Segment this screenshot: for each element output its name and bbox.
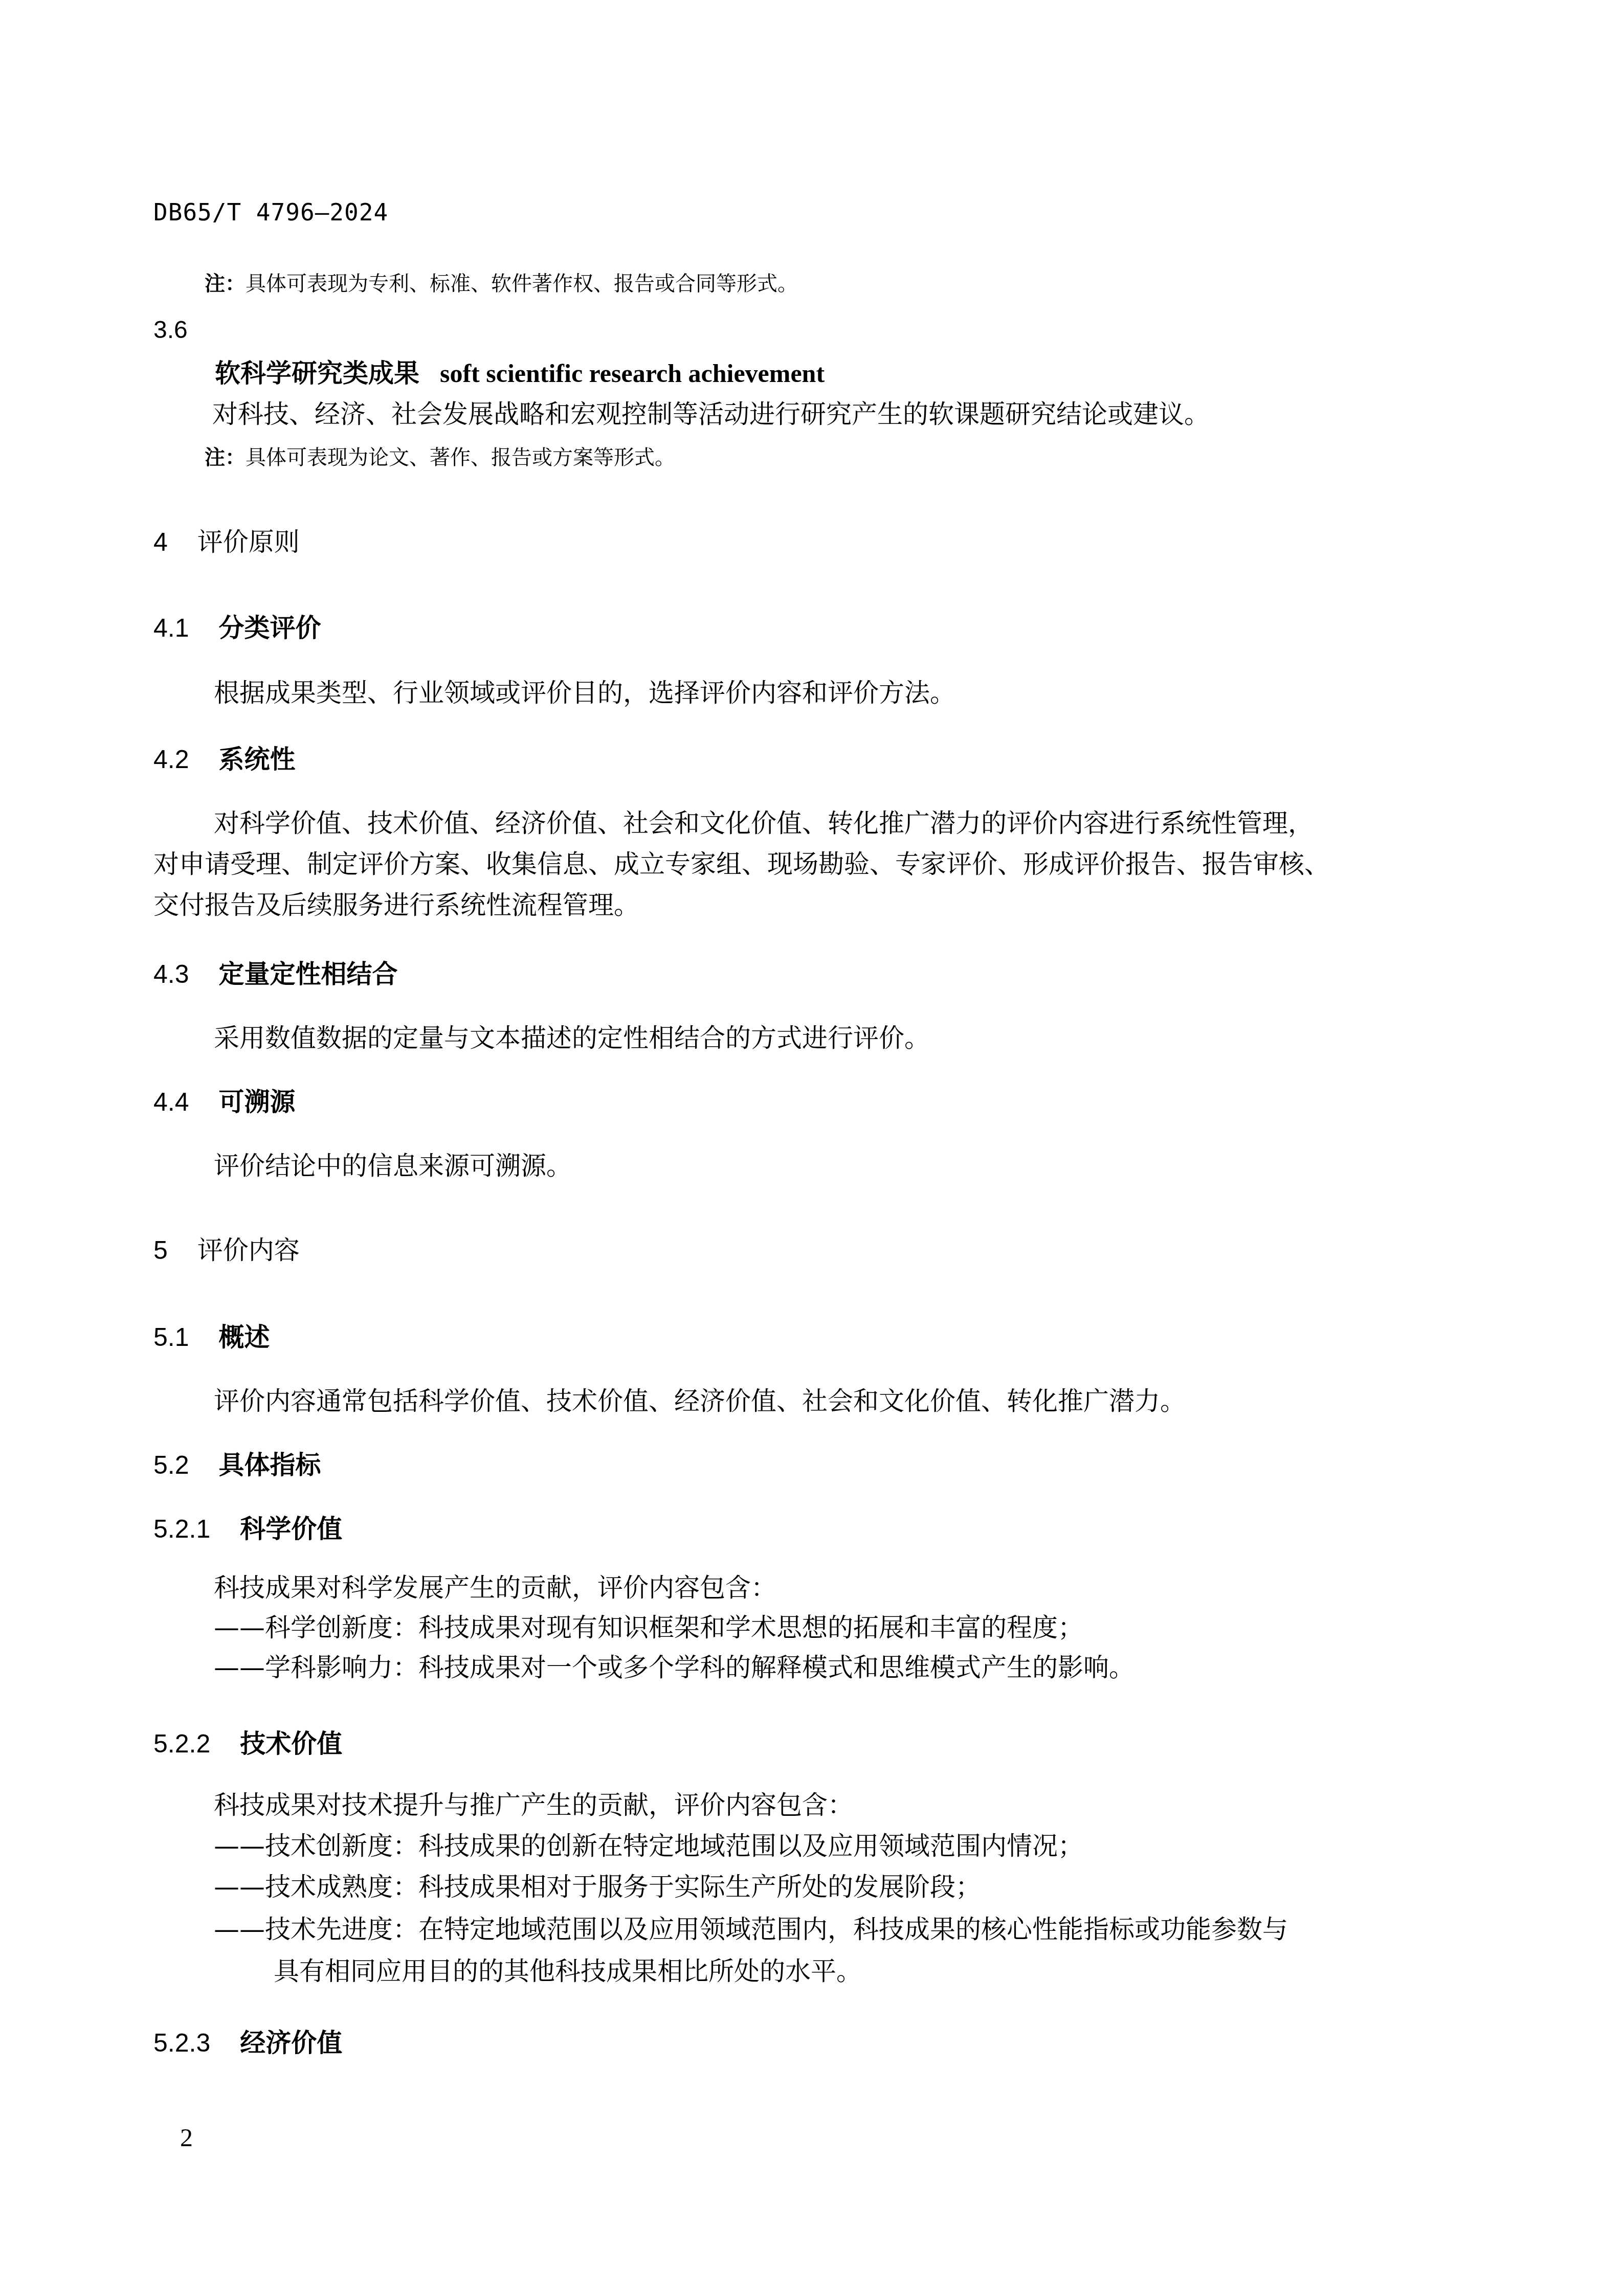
section-title: 评价内容 [197,1235,300,1265]
section-heading-5-2-2: 5.2.2技术价值 [153,1731,342,1757]
paragraph-4-2-line: 交付报告及后续服务进行系统性流程管理。 [153,892,639,918]
term-number-3-6: 3.6 [153,318,188,343]
section-number: 5.2.3 [153,2029,210,2057]
section-number: 4 [153,528,168,556]
note-label: 注： [205,272,246,296]
section-heading-4-2: 4.2系统性 [153,747,296,772]
list-item: ——学科影响力：科技成果对一个或多个学科的解释模式和思维模式产生的影响。 [214,1655,1134,1680]
section-heading-5-2: 5.2具体指标 [153,1452,321,1478]
section-title: 概述 [219,1322,270,1352]
section-number: 5.2 [153,1451,189,1479]
paragraph-4-2-line: 对科学价值、技术价值、经济价值、社会和文化价值、转化推广潜力的评价内容进行系统性… [214,811,1314,836]
list-item: ——技术创新度：科技成果的创新在特定地域范围以及应用领域范围内情况； [214,1833,1083,1859]
list-item-continuation: 具有相同应用目的的其他科技成果相比所处的水平。 [274,1959,862,1984]
section-heading-5: 5评价内容 [153,1237,300,1263]
section-title: 科学价值 [240,1514,342,1544]
section-title: 具体指标 [219,1450,321,1480]
paragraph-5-2-1-intro: 科技成果对科学发展产生的贡献，评价内容包含： [214,1575,776,1601]
note-label: 注： [205,446,246,469]
section-number: 4.2 [153,745,189,774]
paragraph-4-3: 采用数值数据的定量与文本描述的定性相结合的方式进行评价。 [214,1025,930,1051]
term-3-6: 软科学研究类成果soft scientific research achieve… [215,361,825,386]
list-item: ——技术先进度：在特定地域范围以及应用领域范围内，科技成果的核心性能指标或功能参… [214,1917,1288,1942]
section-heading-4-1: 4.1分类评价 [153,615,321,641]
section-heading-5-1: 5.1概述 [153,1324,270,1350]
section-number: 5.2.2 [153,1729,210,1758]
section-title: 技术价值 [240,1729,342,1759]
note-3-6: 注：具体可表现为论文、著作、报告或方案等形式。 [205,447,675,468]
section-heading-4-3: 4.3定量定性相结合 [153,961,398,987]
paragraph-4-4: 评价结论中的信息来源可溯源。 [214,1153,572,1179]
section-heading-4: 4评价原则 [153,529,300,555]
section-number: 5.1 [153,1323,189,1352]
section-number: 4.1 [153,614,189,642]
page-number: 2 [180,2125,193,2150]
list-item: ——科学创新度：科技成果对现有知识框架和学术思想的拓展和丰富的程度； [214,1615,1083,1640]
section-title: 分类评价 [219,613,321,643]
section-title: 经济价值 [240,2028,342,2058]
section-title: 可溯源 [219,1087,296,1117]
list-item: ——技术成熟度：科技成果相对于服务于实际生产所处的发展阶段； [214,1874,981,1900]
section-heading-4-4: 4.4可溯源 [153,1089,296,1115]
section-heading-5-2-1: 5.2.1科学价值 [153,1516,342,1542]
paragraph-5-1: 评价内容通常包括科学价值、技术价值、经济价值、社会和文化价值、转化推广潜力。 [214,1388,1186,1414]
section-number: 4.3 [153,960,189,988]
section-title: 系统性 [219,745,296,774]
paragraph-4-1: 根据成果类型、行业领域或评价目的，选择评价内容和评价方法。 [214,680,955,706]
note-text: 具体可表现为论文、著作、报告或方案等形式。 [246,446,675,469]
term-definition-3-6: 对科技、经济、社会发展战略和宏观控制等活动进行研究产生的软课题研究结论或建议。 [212,401,1210,427]
section-title: 评价原则 [197,527,300,557]
standard-code-header: DB65/T 4796—2024 [153,200,388,224]
paragraph-4-2-line: 对申请受理、制定评价方案、收集信息、成立专家组、现场勘验、专家评价、形成评价报告… [153,851,1330,877]
term-en: soft scientific research achievement [440,359,825,388]
section-number: 4.4 [153,1088,189,1116]
section-number: 5 [153,1236,168,1265]
section-title: 定量定性相结合 [219,959,398,989]
note-3-5: 注：具体可表现为专利、标准、软件著作权、报告或合同等形式。 [205,274,798,294]
section-heading-5-2-3: 5.2.3经济价值 [153,2030,342,2056]
paragraph-5-2-2-intro: 科技成果对技术提升与推广产生的贡献，评价内容包含： [214,1792,853,1818]
section-number: 5.2.1 [153,1515,210,1543]
term-zh: 软科学研究类成果 [215,358,419,388]
note-text: 具体可表现为专利、标准、软件著作权、报告或合同等形式。 [246,272,798,296]
